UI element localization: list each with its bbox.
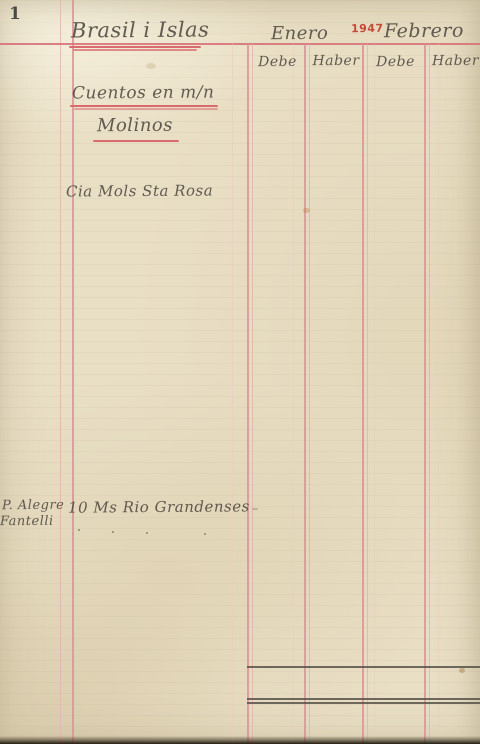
ledger-page: 1 Brasil i Islas Enero 1947 Febrero Debe… xyxy=(0,0,480,744)
title-underline xyxy=(69,46,201,48)
column-rule xyxy=(309,44,310,744)
subsection-heading: Molinos xyxy=(97,115,173,137)
subsection-underline xyxy=(93,140,179,142)
margin-rule-left-outer xyxy=(60,0,61,744)
section-heading-underline xyxy=(70,105,218,107)
header-rule xyxy=(0,43,480,45)
entry-account: Cia Mols Sta Rosa xyxy=(66,181,213,200)
pencil-mark xyxy=(252,508,258,510)
column-header-haber-2: Haber xyxy=(428,53,480,69)
month-header-enero: Enero xyxy=(271,23,328,44)
column-rule xyxy=(374,44,375,744)
leader-dot xyxy=(204,533,206,535)
column-rule-haber1 xyxy=(304,44,306,744)
column-header-debe-1: Debe xyxy=(250,54,305,70)
title-underline-2 xyxy=(73,49,197,51)
totals-rule-double-top xyxy=(247,698,480,700)
paper-stain xyxy=(303,208,310,213)
column-rule xyxy=(232,44,233,744)
column-rule xyxy=(438,44,439,744)
paper-stain xyxy=(459,668,465,673)
section-heading: Cuentos en m/n xyxy=(72,83,215,104)
leader-dot xyxy=(78,529,80,531)
column-rule xyxy=(252,44,253,744)
column-rule xyxy=(367,44,368,744)
page-number: 1 xyxy=(9,4,21,24)
month-header-febrero: Febrero xyxy=(384,20,464,43)
margin-note-name: Fantelli xyxy=(0,514,54,529)
totals-rule-double-bottom xyxy=(247,702,480,704)
column-header-debe-2: Debe xyxy=(368,54,423,70)
column-rule-debe1 xyxy=(247,44,249,744)
paper-stain xyxy=(146,63,156,69)
leader-dot xyxy=(112,531,114,533)
column-rule xyxy=(293,44,294,744)
column-rule-haber2 xyxy=(424,44,426,744)
section-heading-underline-2 xyxy=(74,108,218,110)
year-stamp: 1947 xyxy=(351,22,384,36)
page-bottom-edge xyxy=(0,736,480,744)
margin-note-place: P. Alegre xyxy=(2,498,64,513)
totals-rule-single xyxy=(247,666,480,668)
column-header-haber-1: Haber xyxy=(307,53,365,69)
entry-line: 10 Ms Rio Grandenses xyxy=(68,497,250,516)
column-rule xyxy=(429,44,430,744)
margin-rule-left-inner xyxy=(72,0,74,744)
account-title: Brasil i Islas xyxy=(71,18,210,43)
column-rule-debe2 xyxy=(362,44,364,744)
leader-dot xyxy=(146,532,148,534)
